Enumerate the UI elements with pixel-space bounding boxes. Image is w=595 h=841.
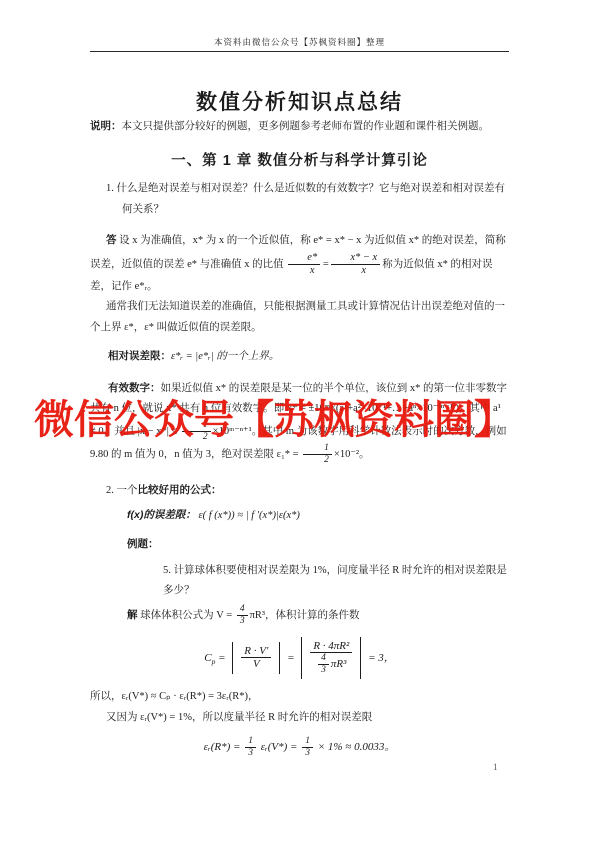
answer-paragraph-2: 通常我们无法知道误差的准确值，只能根据测量工具或计算情况估计出误差绝对值的一个上… [90, 297, 509, 338]
fraction-denominator: 3 [237, 616, 248, 627]
solution-post: πR³，体积计算的条件数 [250, 610, 360, 621]
absolute-value-bars: R · V′V [232, 642, 280, 674]
error-bound-formula-label: f(x)的误差限： [127, 509, 196, 521]
final-eq-mid: εᵣ(V*) = [261, 741, 298, 753]
condition-number-equation: Cp = R · V′V = R · 4πR²43πR³ = 3， [90, 637, 509, 679]
fraction-RV-over-V: R · V′V [241, 645, 271, 671]
fraction-numerator: R · 4πR² [310, 640, 352, 654]
equals-sign: = [218, 651, 225, 663]
relative-error-bound-label: 相对误差限： [108, 350, 171, 362]
final-eq-result: × 1% ≈ 0.0033。 [318, 741, 396, 753]
question-1: 1. 什么是绝对误差与相对误差？什么是近似数的有效数字？它与绝对误差和相对误差有… [106, 179, 509, 220]
significant-digits-text-3: ×10⁻²。 [334, 448, 370, 459]
equation-result: = 3， [368, 651, 395, 663]
section-heading: 一、第 1 章 数值分析与科学计算引论 [90, 149, 509, 170]
fraction-numerator: 1 [302, 736, 313, 748]
header-rule [90, 51, 509, 52]
fraction-numerator: 4 [318, 653, 329, 665]
question-2-bold: 比较好用的公式： [138, 484, 222, 496]
fraction-denominator: 43πR³ [310, 653, 352, 676]
question-5: 5. 计算球体积要使相对误差限为 1%，问度量半径 R 时允许的相对误差限是多少… [163, 561, 509, 602]
question-2: 2. 一个比较好用的公式： [106, 480, 509, 501]
fraction-one-half: 12 [303, 443, 332, 466]
note-text: 本文只提供部分较好的例题，更多例题参考老师布置的作业题和课件相关例题。 [122, 121, 490, 132]
relative-error-bound-formula: ε*ᵣ = |e*ᵣ| 的一个上界。 [171, 351, 279, 362]
fraction-four-thirds: 43 [237, 604, 248, 627]
because-line: 又因为 εᵣ(V*) = 1%，所以度量半径 R 时允许的相对误差限 [90, 708, 509, 728]
question-5-text: 计算球体积要使相对误差限为 1%，问度量半径 R 时允许的相对误差限是多少？ [163, 565, 507, 596]
fraction-denominator: 2 [182, 432, 211, 443]
solution-pre: 球体体积公式为 V = [138, 610, 233, 621]
fraction-denominator: 2 [303, 455, 332, 466]
question-2-pre: 一个 [117, 485, 138, 496]
fraction-big: R · 4πR²43πR³ [310, 640, 352, 676]
fraction-numerator: e* [288, 252, 320, 265]
fraction-e-over-x: e*x [288, 252, 320, 277]
significant-digits-paragraph: 有效数字：如果近似值 x* 的误差限是某一位的半个单位，该位到 x* 的第一位非… [90, 378, 509, 466]
question-5-number: 5. [163, 565, 171, 576]
relative-error-bound-paragraph: 相对误差限：ε*ᵣ = |e*ᵣ| 的一个上界。 [108, 346, 509, 367]
cp-subscript: p [212, 657, 216, 666]
fraction-numerator: 1 [245, 736, 256, 748]
solution-label: 解 [127, 609, 138, 621]
fraction-four-thirds: 43 [318, 653, 329, 676]
page-header: 本资料由微信公众号【苏枫资料圈】整理 [90, 0, 509, 52]
fraction-denominator: x [331, 265, 380, 277]
note-label: 说明： [90, 120, 122, 132]
equals-sign: = [287, 651, 294, 663]
so-line: 所以，εᵣ(V*) ≈ Cₚ · εᵣ(R*) = 3εᵣ(R*)， [90, 687, 509, 707]
document-page: 微信公众号【苏枫资料圈】 本资料由微信公众号【苏枫资料圈】整理 数值分析知识点总… [0, 0, 595, 841]
fraction-denominator: 3 [318, 665, 329, 676]
examples-label: 例题： [127, 534, 509, 554]
fraction-xstar-minus-x-over-x: x* − xx [331, 252, 380, 277]
fraction-numerator: 1 [303, 443, 332, 455]
note-paragraph: 说明：本文只提供部分较好的例题，更多例题参考老师布置的作业题和课件相关例题。 [90, 116, 509, 137]
answer-label: 答 [106, 234, 117, 246]
fraction-denominator: 3 [302, 748, 313, 759]
page-title: 数值分析知识点总结 [90, 86, 509, 116]
significant-digits-label: 有效数字： [108, 382, 161, 394]
cp-symbol: C [204, 651, 211, 663]
answer-paragraph: 答 设 x 为准确值，x* 为 x 的一个近似值，称 e* = x* − x 为… [90, 230, 509, 297]
error-bound-formula-line: f(x)的误差限： ε( f (x*)) ≈ | f ′(x*)|ε(x*) [127, 505, 509, 526]
fraction-numerator: R · V′ [241, 645, 271, 659]
fraction-numerator: x* − x [331, 252, 380, 265]
error-bound-formula: ε( f (x*)) ≈ | f ′(x*)|ε(x*) [198, 510, 299, 521]
fraction-one-third: 13 [245, 736, 256, 759]
fraction-numerator: 4 [237, 604, 248, 616]
equals-sign: = [322, 259, 329, 270]
fraction-denominator: 3 [245, 748, 256, 759]
fraction-one-third: 13 [302, 736, 313, 759]
page-content: 本资料由微信公众号【苏枫资料圈】整理 数值分析知识点总结 说明：本文只提供部分较… [0, 0, 595, 759]
fraction-numerator: 1 [182, 420, 211, 432]
solution-paragraph: 解 球体体积公式为 V = 43πR³，体积计算的条件数 [127, 604, 509, 627]
absolute-value-bars: R · 4πR²43πR³ [301, 637, 361, 679]
page-number: 1 [493, 762, 498, 772]
final-eq-lhs: εᵣ(R*) = [204, 741, 241, 753]
denominator-rest: πR³ [331, 658, 347, 670]
question-2-number: 2. [106, 485, 114, 496]
fraction-denominator: x [288, 265, 320, 277]
fraction-one-half: 12 [182, 420, 211, 443]
final-equation: εᵣ(R*) = 13 εᵣ(V*) = 13 × 1% ≈ 0.0033。 [90, 736, 509, 759]
header-text: 本资料由微信公众号【苏枫资料圈】整理 [90, 36, 509, 48]
question-1-number: 1. [106, 183, 114, 194]
question-1-text: 什么是绝对误差与相对误差？什么是近似数的有效数字？它与绝对误差和相对误差有何关系… [117, 183, 506, 214]
fraction-denominator: V [241, 658, 271, 671]
